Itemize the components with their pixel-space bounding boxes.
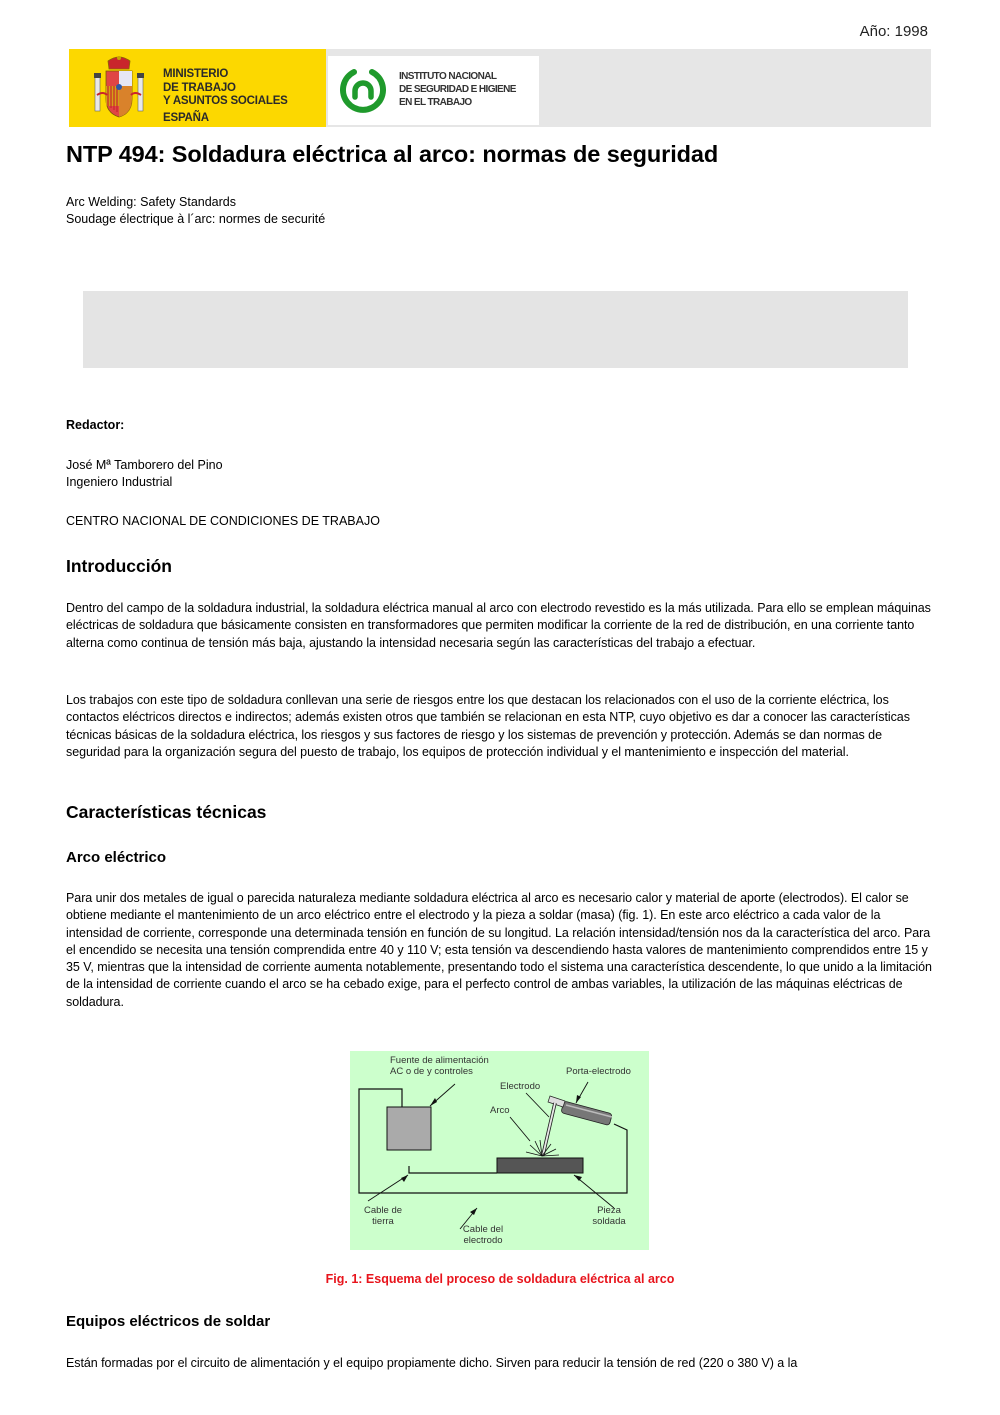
figure-caption: Fig. 1: Esquema del proceso de soldadura… xyxy=(0,1272,1000,1286)
heading-arco-electrico: Arco eléctrico xyxy=(66,849,166,866)
header-banner: MINISTERIO DE TRABAJO Y ASUNTOS SOCIALES… xyxy=(69,49,931,127)
label-holder: Porta-electrodo xyxy=(566,1066,631,1077)
document-subtitles: Arc Welding: Safety Standards Soudage él… xyxy=(66,194,325,228)
year-label: Año: 1998 xyxy=(860,23,928,40)
label-ground-cable-2: tierra xyxy=(372,1216,394,1227)
equipment-paragraph: Están formadas por el circuito de alimen… xyxy=(66,1355,932,1372)
institute-logo-text: INSTITUTO NACIONAL DE SEGURIDAD E HIGIEN… xyxy=(399,70,516,109)
ministry-logo-text: MINISTERIO DE TRABAJO Y ASUNTOS SOCIALES… xyxy=(163,68,288,125)
label-electrode: Electrodo xyxy=(500,1081,540,1092)
label-electrode-cable-1: Cable del xyxy=(463,1224,503,1235)
label-electrode-cable-2: electrodo xyxy=(463,1235,502,1246)
ministry-country: ESPAÑA xyxy=(163,112,288,126)
ministry-line-2: DE TRABAJO xyxy=(163,82,288,96)
heading-introduccion: Introducción xyxy=(66,556,172,577)
electrode-holder-icon xyxy=(548,1096,612,1126)
subtitle-english: Arc Welding: Safety Standards xyxy=(66,194,325,211)
heading-caracteristicas-tecnicas: Características técnicas xyxy=(66,802,266,823)
subtitle-french: Soudage électrique à l´arc: normes de se… xyxy=(66,211,325,228)
label-workpiece-2: soldada xyxy=(592,1216,626,1227)
institute-line-3: EN EL TRABAJO xyxy=(399,96,516,109)
figure-welding-diagram: Fuente de alimentación AC o de y control… xyxy=(350,1051,649,1250)
label-arc: Arco xyxy=(490,1105,510,1116)
author-block: José Mª Tamborero del Pino Ingeniero Ind… xyxy=(66,457,223,491)
ministry-logo[interactable]: MINISTERIO DE TRABAJO Y ASUNTOS SOCIALES… xyxy=(69,49,326,127)
insht-green-ring-icon xyxy=(340,67,386,113)
label-ground-cable-1: Cable de xyxy=(364,1205,402,1216)
author-name: José Mª Tamborero del Pino xyxy=(66,457,223,474)
institution-center: CENTRO NACIONAL DE CONDICIONES DE TRABAJ… xyxy=(66,514,380,528)
heading-equipos-electricos: Equipos eléctricos de soldar xyxy=(66,1313,270,1330)
label-power-source-2: AC o de y controles xyxy=(390,1066,473,1077)
document-title: NTP 494: Soldadura eléctrica al arco: no… xyxy=(66,141,718,168)
placeholder-box xyxy=(83,291,908,368)
redactor-label: Redactor: xyxy=(66,418,124,432)
author-role: Ingeniero Industrial xyxy=(66,474,223,491)
label-power-source-1: Fuente de alimentación xyxy=(390,1055,489,1066)
intro-paragraph-1: Dentro del campo de la soldadura industr… xyxy=(66,600,932,652)
spain-coat-of-arms-icon xyxy=(93,55,145,121)
institute-line-1: INSTITUTO NACIONAL xyxy=(399,70,516,83)
ministry-line-3: Y ASUNTOS SOCIALES xyxy=(163,95,288,109)
label-workpiece-1: Pieza xyxy=(597,1205,621,1216)
intro-paragraph-2: Los trabajos con este tipo de soldadura … xyxy=(66,692,932,761)
arc-paragraph: Para unir dos metales de igual o parecid… xyxy=(66,890,932,1011)
welding-circuit-diagram: Fuente de alimentación AC o de y control… xyxy=(350,1051,649,1250)
ministry-line-1: MINISTERIO xyxy=(163,68,288,82)
institute-logo[interactable]: INSTITUTO NACIONAL DE SEGURIDAD E HIGIEN… xyxy=(328,56,539,125)
institute-line-2: DE SEGURIDAD E HIGIENE xyxy=(399,83,516,96)
